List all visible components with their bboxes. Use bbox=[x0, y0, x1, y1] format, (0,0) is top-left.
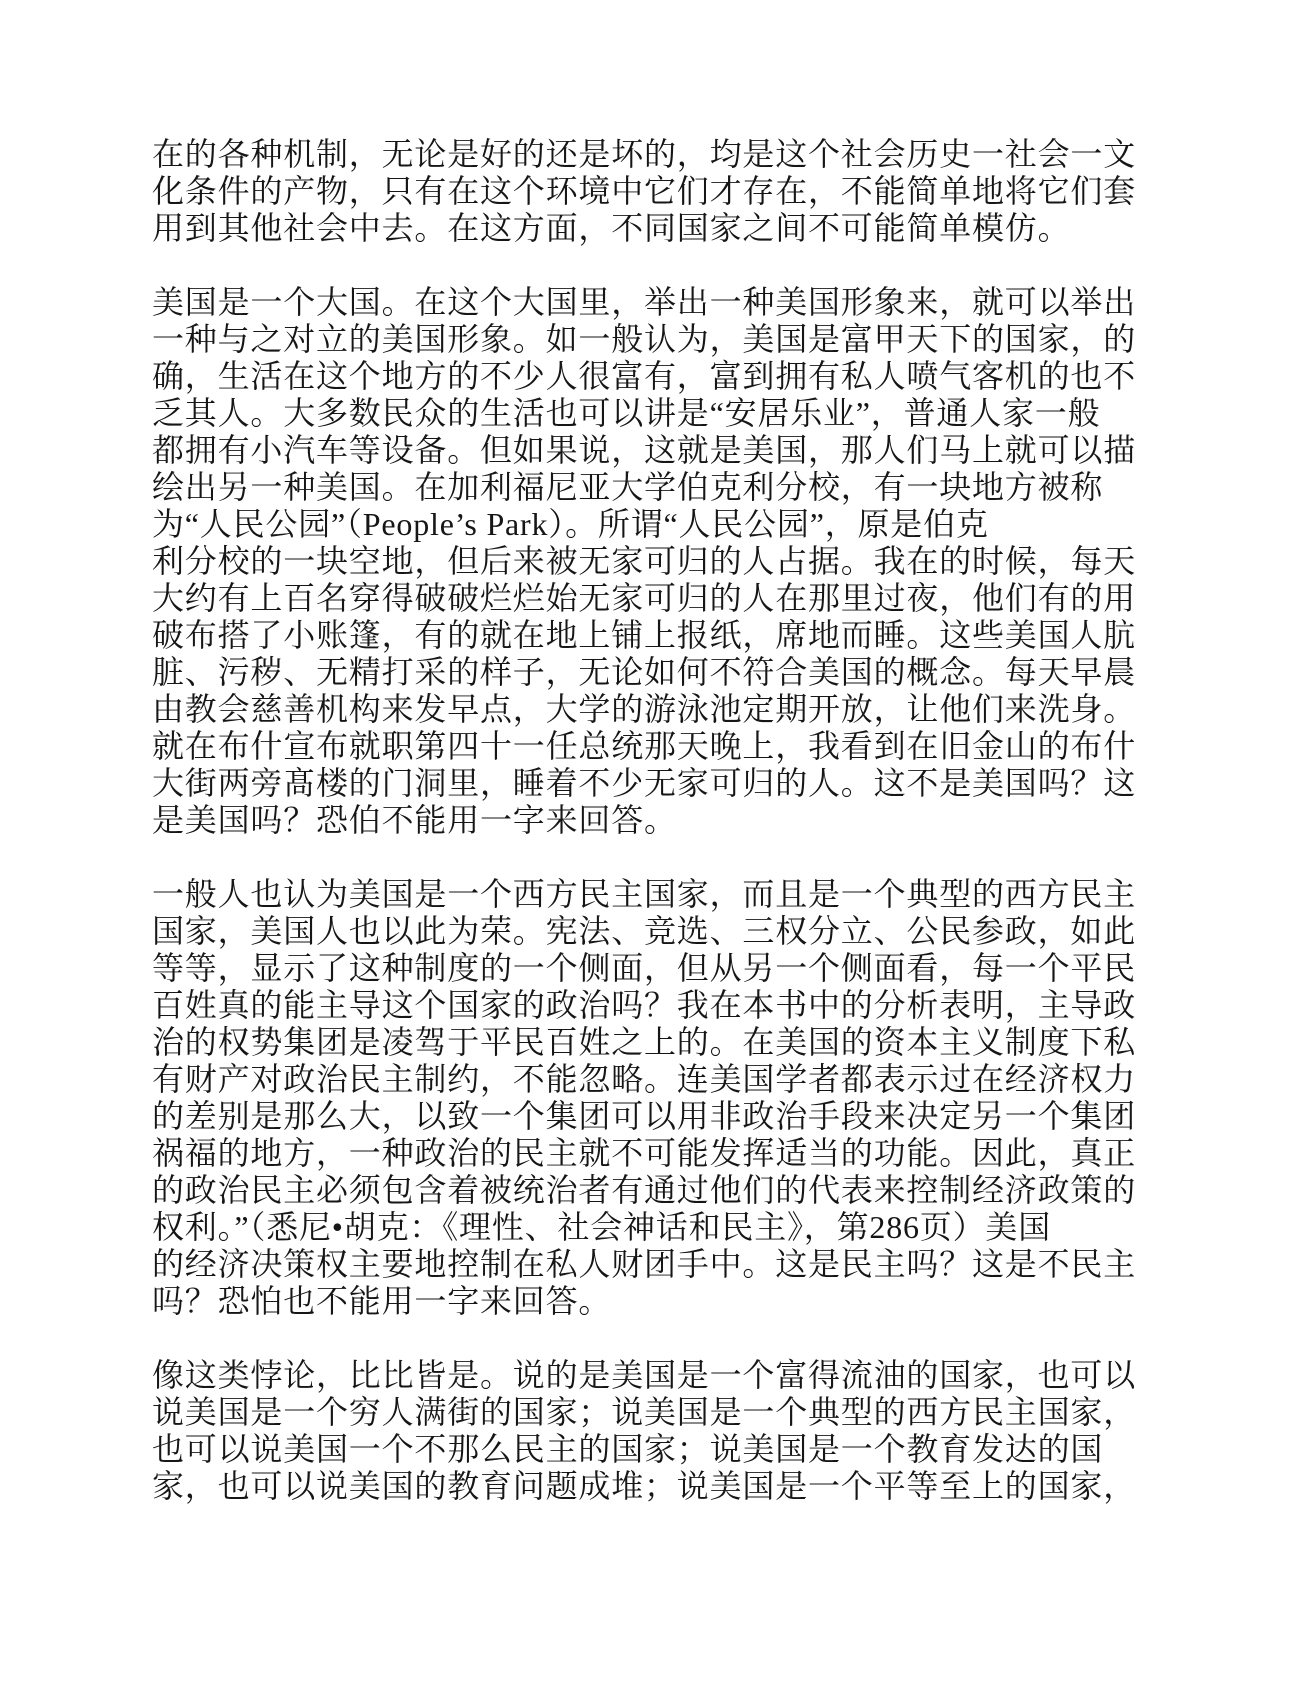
paragraph-2: 美国是一个大国。在这个大国里，举出一种美国形象来，就可以举出 一种与之对立的美国… bbox=[152, 284, 1144, 839]
text-block: 在的各种机制，无论是好的还是坏的，均是这个社会历史一社会一文 化条件的产物，只有… bbox=[152, 136, 1144, 1505]
paragraph-1: 在的各种机制，无论是好的还是坏的，均是这个社会历史一社会一文 化条件的产物，只有… bbox=[152, 136, 1144, 247]
paragraph-3: 一般人也认为美国是一个西方民主国家，而且是一个典型的西方民主 国家，美国人也以此… bbox=[152, 876, 1144, 1320]
paragraph-4: 像这类悖论，比比皆是。说的是美国是一个富得流油的国家，也可以 说美国是一个穷人满… bbox=[152, 1357, 1144, 1505]
document-page: 在的各种机制，无论是好的还是坏的，均是这个社会历史一社会一文 化条件的产物，只有… bbox=[0, 0, 1300, 1683]
